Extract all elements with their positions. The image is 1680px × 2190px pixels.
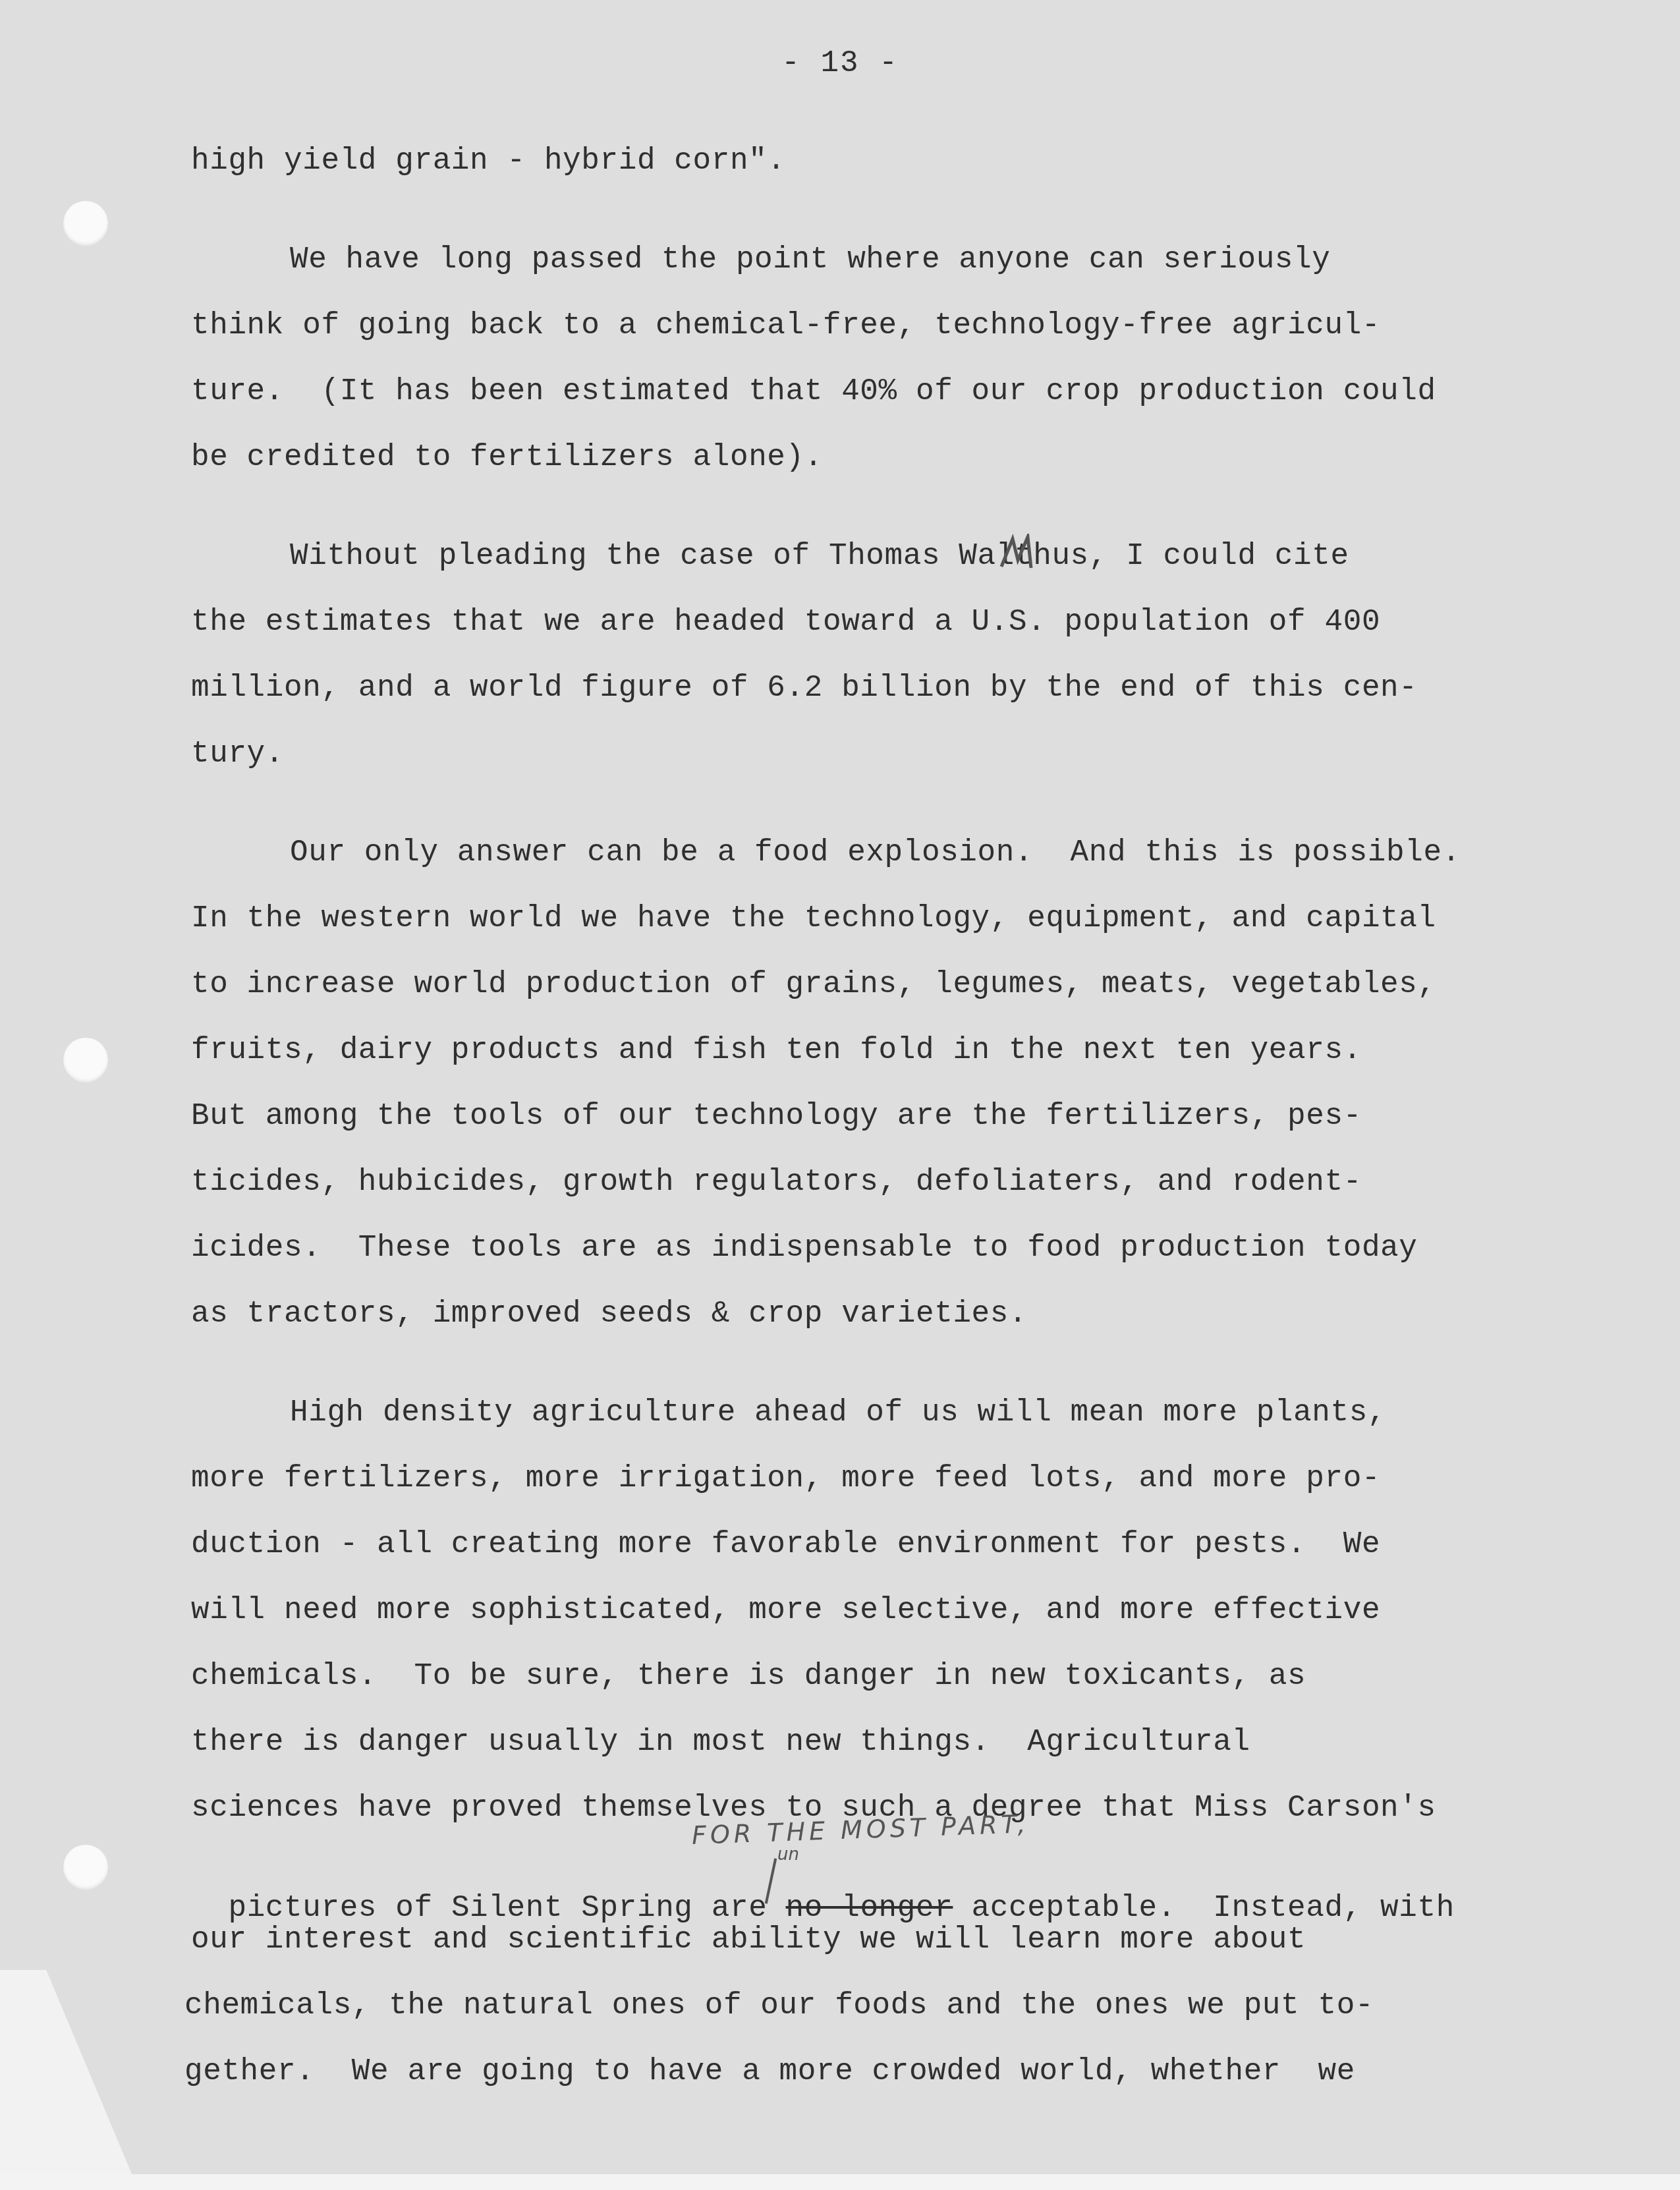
text-line: more fertilizers, more irrigation, more … <box>191 1461 1380 1496</box>
text-line: chemicals, the natural ones of our foods… <box>184 1988 1374 2023</box>
text-line: there is danger usually in most new thin… <box>191 1725 1250 1759</box>
text-line: High density agriculture ahead of us wil… <box>290 1395 1386 1430</box>
text-line: In the western world we have the technol… <box>191 901 1436 936</box>
text-line: million, and a world figure of 6.2 billi… <box>191 671 1418 705</box>
handwritten-un-mark: un <box>777 1845 799 1865</box>
punch-hole-middle <box>63 1038 108 1082</box>
text-line: to increase world production of grains, … <box>191 967 1436 1001</box>
edited-line: pictures of Silent Spring are no longer … <box>191 1857 1455 1925</box>
text-line: ticides, hubicides, growth regulators, d… <box>191 1165 1362 1199</box>
text-line: our interest and scientific ability we w… <box>191 1923 1306 1957</box>
text-line: ture. (It has been estimated that 40% of… <box>191 374 1436 408</box>
punch-hole-top <box>63 201 108 246</box>
scan-margin <box>0 2174 1680 2190</box>
text-line: tury. <box>191 737 284 771</box>
text-line: think of going back to a chemical-free, … <box>191 308 1380 343</box>
text-line: Our only answer can be a food explosion.… <box>290 835 1461 870</box>
text-line: icides. These tools are as indispensable… <box>191 1231 1418 1265</box>
text-line: as tractors, improved seeds & crop varie… <box>191 1297 1027 1331</box>
text-line: fruits, dairy products and fish ten fold… <box>191 1033 1362 1067</box>
text-line: gether. We are going to have a more crow… <box>184 2054 1355 2089</box>
text-line: But among the tools of our technology ar… <box>191 1099 1362 1133</box>
text-line: duction - all creating more favorable en… <box>191 1527 1380 1561</box>
text-line: the estimates that we are headed toward … <box>191 605 1380 639</box>
text-line: chemicals. To be sure, there is danger i… <box>191 1659 1306 1693</box>
text-line: high yield grain - hybrid corn". <box>191 144 786 178</box>
struck-text: no longer <box>786 1891 953 1925</box>
edited-line-before: pictures of Silent Spring are <box>228 1891 785 1925</box>
text-line: will need more sophisticated, more selec… <box>191 1593 1380 1627</box>
edited-line-after: acceptable. Instead, with <box>953 1891 1455 1925</box>
text-line: Without pleading the case of Thomas Walt… <box>290 539 1349 573</box>
handwritten-correction-mark <box>998 534 1038 573</box>
punch-hole-bottom <box>63 1845 108 1890</box>
text-line: We have long passed the point where anyo… <box>290 242 1330 277</box>
text-line: be credited to fertilizers alone). <box>191 440 823 474</box>
page-number: - 13 - <box>0 46 1680 80</box>
